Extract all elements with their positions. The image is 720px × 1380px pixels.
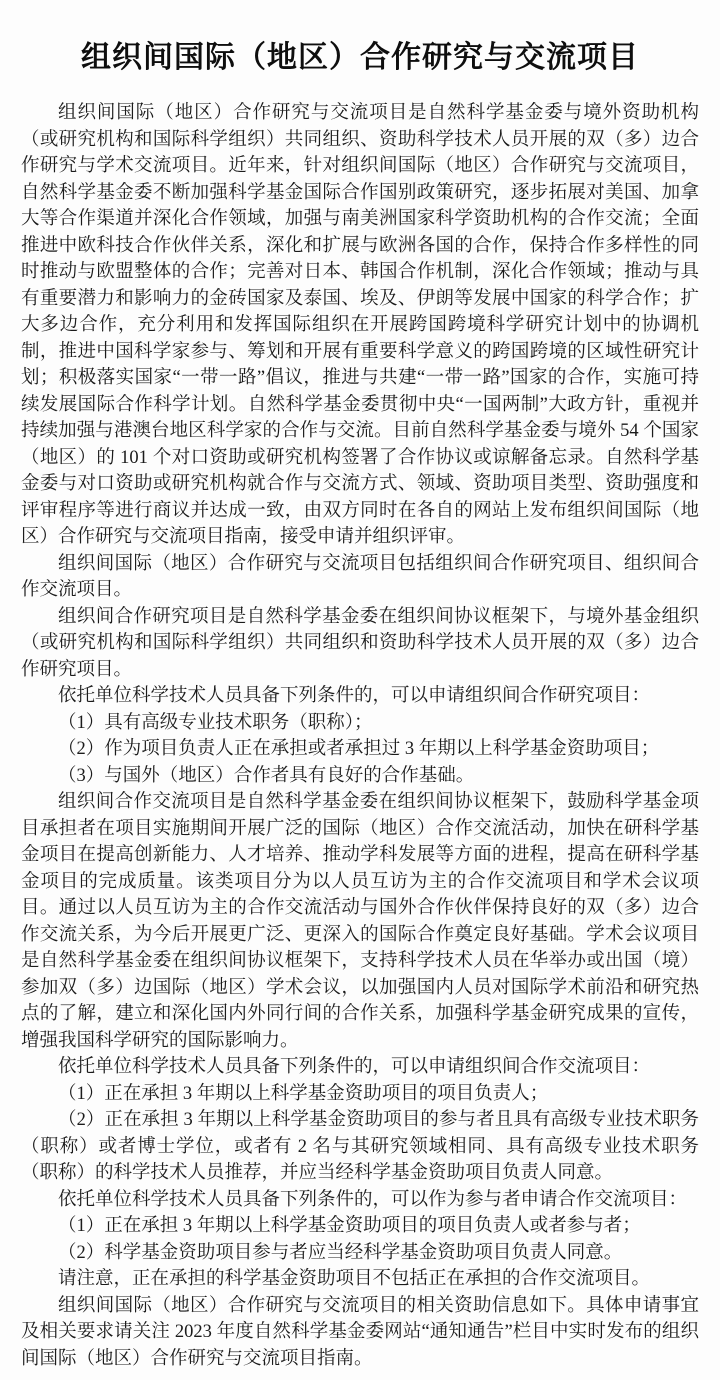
paragraph: 请注意，正在承担的科学基金资助项目不包括正在承担的合作交流项目。	[21, 1266, 699, 1293]
paragraph: 依托单位科学技术人员具备下列条件的，可以作为参与者申请合作交流项目：	[21, 1187, 699, 1214]
paragraph: 组织间国际（地区）合作研究与交流项目是自然科学基金委与境外资助机构（或研究机构和…	[21, 100, 699, 551]
paragraph: 组织间国际（地区）合作研究与交流项目包括组织间合作研究项目、组织间合作交流项目。	[21, 551, 699, 604]
paragraph: 依托单位科学技术人员具备下列条件的，可以申请组织间合作交流项目：	[21, 1054, 699, 1081]
paragraph: （2）正在承担 3 年期以上科学基金资助项目的参与者且具有高级专业技术职务（职称…	[21, 1107, 699, 1187]
paragraph: （1）正在承担 3 年期以上科学基金资助项目的项目负责人或者参与者；	[21, 1213, 699, 1240]
paragraph: 组织间国际（地区）合作研究与交流项目的相关资助信息如下。具体申请事宜及相关要求请…	[21, 1293, 699, 1373]
document-body: 组织间国际（地区）合作研究与交流项目是自然科学基金委与境外资助机构（或研究机构和…	[21, 100, 699, 1372]
paragraph: （1）具有高级专业技术职务（职称）；	[21, 710, 699, 737]
paragraph: 组织间合作研究项目是自然科学基金委在组织间协议框架下，与境外基金组织（或研究机构…	[21, 604, 699, 684]
paragraph: （2）科学基金资助项目参与者应当经科学基金资助项目负责人同意。	[21, 1240, 699, 1267]
paragraph: （3）与国外（地区）合作者具有良好的合作基础。	[21, 763, 699, 790]
paragraph: 组织间合作交流项目是自然科学基金委在组织间协议框架下，鼓励科学基金项目承担者在项…	[21, 789, 699, 1054]
document-page: 组织间国际（地区）合作研究与交流项目 组织间国际（地区）合作研究与交流项目是自然…	[0, 0, 720, 1380]
paragraph: 依托单位科学技术人员具备下列条件的，可以申请组织间合作研究项目：	[21, 683, 699, 710]
page-title: 组织间国际（地区）合作研究与交流项目	[21, 40, 699, 76]
paragraph: （2）作为项目负责人正在承担或者承担过 3 年期以上科学基金资助项目；	[21, 736, 699, 763]
paragraph: （1）正在承担 3 年期以上科学基金资助项目的项目负责人；	[21, 1081, 699, 1108]
